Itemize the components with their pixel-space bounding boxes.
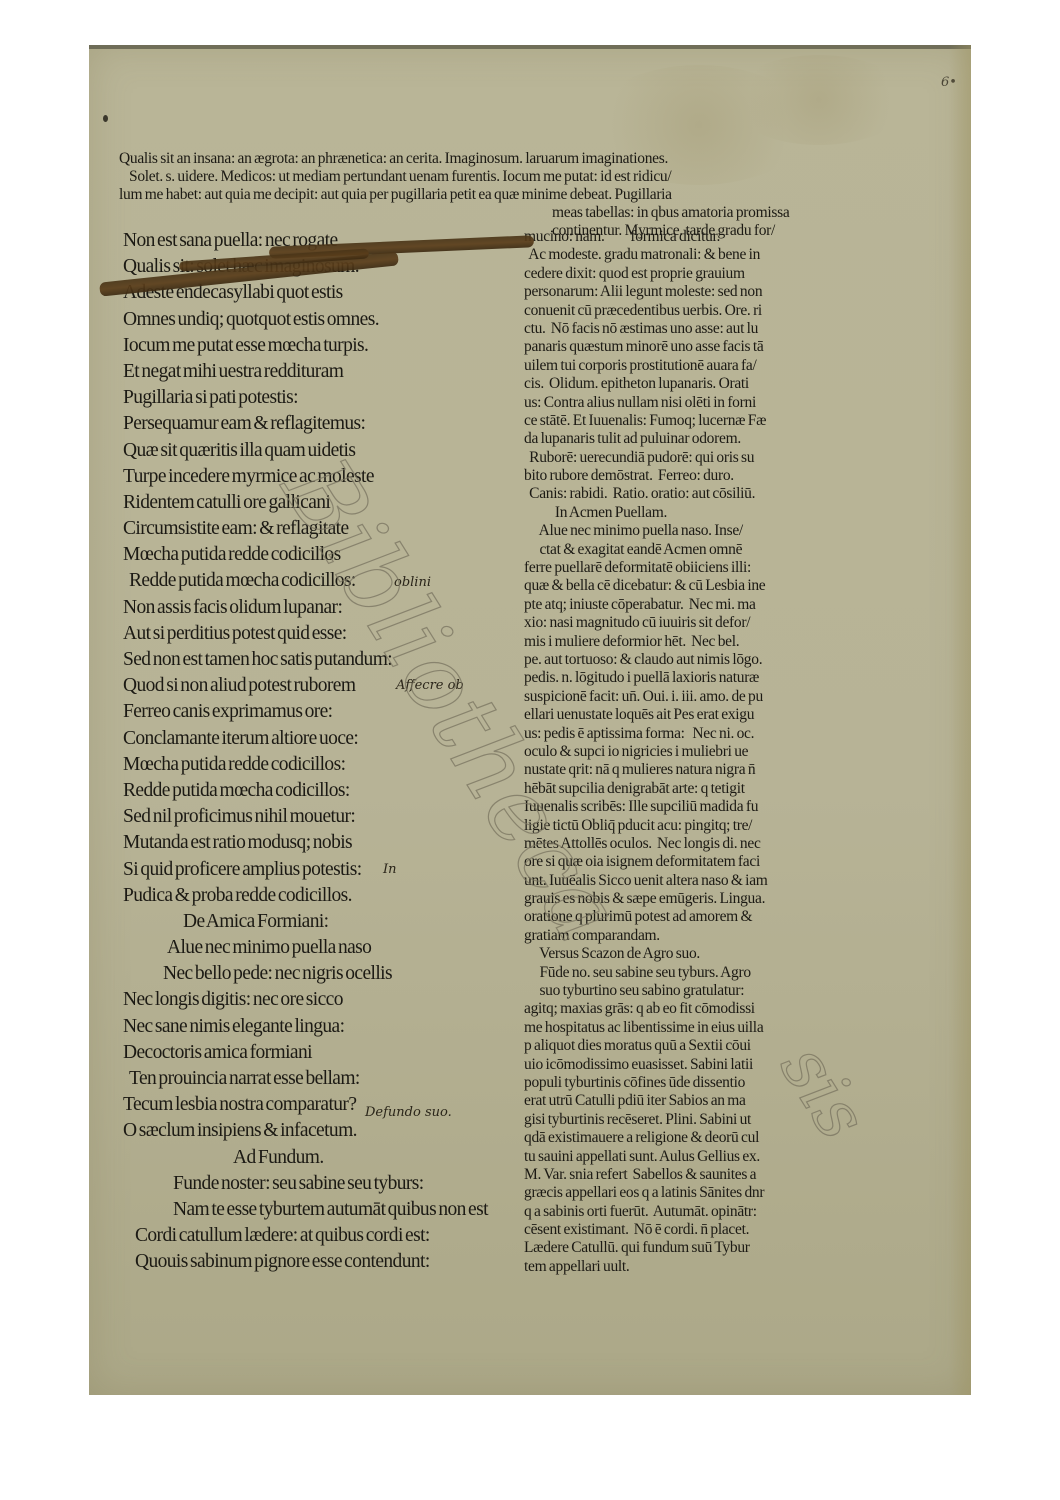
commentary-line: mucino: nam. formica dicitur. xyxy=(524,228,884,246)
commentary-line: pte atq; iniuste cōperabatur. Nec mi. ma xyxy=(524,596,884,614)
verse-line: Pudica & proba redde codicillos. xyxy=(123,883,503,909)
commentary-line: mis i muliere deformior hēt. Nec bel. xyxy=(524,633,884,651)
commentary-line: uilem tui corporis prostitutionē auara f… xyxy=(524,357,884,375)
verse-line: Pugillaria si pati potestis: xyxy=(123,385,503,411)
verse-line: Omnes undiq; quotquot estis omnes. xyxy=(123,307,503,333)
commentary-line: Canis: rabidi. Ratio. oratio: aut cōsili… xyxy=(524,485,884,503)
commentary-line: ore si quæ oia isignem deformitatem faci xyxy=(524,853,884,871)
commentary-line: cēsent existimant. Nō ē cordi. n̄ placet… xyxy=(524,1221,884,1239)
commentary-line: gisi tyburtinis recēseret. Plini. Sabini… xyxy=(524,1111,884,1129)
verse-line: Aut si perditius potest quid esse: xyxy=(123,621,503,647)
commentary-line: ctat & exagitat eandē Acmen omnē xyxy=(524,541,884,559)
commentary-line: Ruborē: uerecundiā pudorē: qui oris su xyxy=(524,449,884,467)
verse-line: Mœcha putida redde codicillos xyxy=(123,542,503,568)
verse-line: Mœcha putida redde codicillos: xyxy=(123,752,503,778)
verse-line: Redde putida mœcha codicillos: xyxy=(123,778,503,804)
verse-line: Conclamante iterum altiore uoce: xyxy=(123,726,503,752)
commentary-line: cis. Olidum. epitheton lupanaris. Orati xyxy=(524,375,884,393)
commentary-line: us: pedis ē aptissima forma: Nec ni. oc. xyxy=(524,725,884,743)
commentary-line: tem appellari uult. xyxy=(524,1258,884,1276)
commentary-column: mucino: nam. formica dicitur. Ac modeste… xyxy=(524,228,884,1276)
verse-line: Turpe incedere myrmice ac moleste xyxy=(123,464,503,490)
verse-line: Nec sane nimis elegante lingua: xyxy=(123,1014,503,1040)
commentary-line: agitq; maxias grās: q ab eo fit cōmodiss… xyxy=(524,1000,884,1018)
ink-dot xyxy=(103,115,108,122)
verse-line: Nec bello pede: nec nigris ocellis xyxy=(123,961,503,987)
commentary-line: ellari uenustate loquēs ait Pes erat exi… xyxy=(524,706,884,724)
header-line: Qualis sit an insana: an ægrota: an phræ… xyxy=(119,150,859,168)
verse-line: Mutanda est ratio modusq; nobis xyxy=(123,830,503,856)
handwritten-marginalia: Affecre ob xyxy=(396,678,464,693)
header-commentary: Qualis sit an insana: an ægrota: an phræ… xyxy=(119,150,859,240)
verse-line: Si quid proficere amplius potestis: xyxy=(123,857,503,883)
verse-line: Ad Fundum. xyxy=(123,1145,503,1171)
header-line: lum me habet: aut quia me decipit: aut q… xyxy=(119,186,859,204)
verse-line: Persequamur eam & reflagitemus: xyxy=(123,411,503,437)
commentary-line: bito rubore demōstrat. Ferreo: duro. xyxy=(524,467,884,485)
commentary-line: gratiam comparandam. xyxy=(524,927,884,945)
commentary-line: ce stātē. Et Iuuenalis: Fumoq; lucernæ F… xyxy=(524,412,884,430)
commentary-line: unt. Iuuēalis Sicco uenit altera naso & … xyxy=(524,872,884,890)
commentary-line: xio: nasi magnitudo cū iuuiris sit defor… xyxy=(524,614,884,632)
commentary-line: Versus Scazon de Agro suo. xyxy=(524,945,884,963)
commentary-line: us: Contra alius nullam nisi olēti in fo… xyxy=(524,394,884,412)
verse-line: Iocum me putat esse mœcha turpis. xyxy=(123,333,503,359)
verse-line: Cordi catullum lædere: at quibus cordi e… xyxy=(123,1223,503,1249)
verse-line: Ridentem catulli ore gallicani xyxy=(123,490,503,516)
commentary-line: p aliquot dies moratus quū a Sextii cōui xyxy=(524,1037,884,1055)
commentary-line: me hospitatus ac libentissime in eius ui… xyxy=(524,1019,884,1037)
verse-line: De Amica Formiani: xyxy=(123,909,503,935)
commentary-line: ferre puellarē deformitatē obiiciens ill… xyxy=(524,559,884,577)
commentary-line: Iuuenalis scribēs: Ille supciliū madida … xyxy=(524,798,884,816)
commentary-line: tu sauini appellati sunt. Aulus Gellius … xyxy=(524,1148,884,1166)
commentary-line: q a sabinis orti fuerūt. Autumāt. opināt… xyxy=(524,1203,884,1221)
commentary-line: suo tyburtino seu sabino gratulatur: xyxy=(524,982,884,1000)
header-line: meas tabellas: in qbus amatoria promissa xyxy=(119,204,859,222)
commentary-line: græcis appellari eos q a latinis Sānites… xyxy=(524,1184,884,1202)
commentary-line: quæ & bella cē dicebatur: & cū Lesbia in… xyxy=(524,577,884,595)
verse-line: Ten prouincia narrat esse bellam: xyxy=(123,1066,503,1092)
commentary-line: uio icōmodissimo euasisset. Sabini latii xyxy=(524,1056,884,1074)
verse-line: O sæclum insipiens & infacetum. xyxy=(123,1118,503,1144)
verse-line: Quæ sit quæritis illa quam uidetis xyxy=(123,438,503,464)
verse-line: Alue nec minimo puella naso xyxy=(123,935,503,961)
verse-line: Funde noster: seu sabine seu tyburs: xyxy=(123,1171,503,1197)
water-stain xyxy=(729,55,909,145)
commentary-line: oculo & supci io nigricies i muliebri ue xyxy=(524,743,884,761)
handwritten-marginalia: Defundo suo. xyxy=(365,1105,452,1120)
verse-line: Et negat mihi uestra reddituram xyxy=(123,359,503,385)
verse-line: Quouis sabinum pignore esse contendunt: xyxy=(123,1249,503,1275)
commentary-line: ligie tictū Obliq̄ pducit acu: pingitq; … xyxy=(524,817,884,835)
commentary-line: cedere dixit: quod est proprie grauium xyxy=(524,265,884,283)
commentary-line: conuenit cū præcedentibus uerbis. Ore. r… xyxy=(524,302,884,320)
commentary-line: M. Var. snia refert Sabellos & saunites … xyxy=(524,1166,884,1184)
commentary-line: ctu. Nō facis nō æstimas uno asse: aut l… xyxy=(524,320,884,338)
handwritten-marginalia: In xyxy=(383,862,397,877)
verse-line: Decoctoris amica formiani xyxy=(123,1040,503,1066)
verse-line: Ferreo canis exprimamus ore: xyxy=(123,699,503,725)
commentary-line: pedis. n. lōgitudo i puellā laxioris nat… xyxy=(524,669,884,687)
verse-line: Sed non est tamen hoc satis putandum: xyxy=(123,647,503,673)
commentary-line: nustate qrit: nā q mulieres natura nigra… xyxy=(524,761,884,779)
verse-line: Nec longis digitis: nec ore sicco xyxy=(123,987,503,1013)
verse-line: Circumsistite eam: & reflagitate xyxy=(123,516,503,542)
commentary-line: populi tyburtinis cōfines ūde dissentio xyxy=(524,1074,884,1092)
commentary-line: suspicionē facit: un̄. Oui. i. iii. amo.… xyxy=(524,688,884,706)
folio-number: 6• xyxy=(941,75,957,90)
commentary-line: da lupanaris tulit ad puluinar odorem. xyxy=(524,430,884,448)
manuscript-page: 6• Qualis sit an insana: an ægrota: an p… xyxy=(89,45,971,1395)
header-line: Solet. s. uidere. Medicos: ut mediam per… xyxy=(119,168,859,186)
commentary-line: mētes Attollēs oculos. Nec longis di. ne… xyxy=(524,835,884,853)
verse-line: Sed nil proficimus nihil mouetur: xyxy=(123,804,503,830)
commentary-line: pe. aut tortuoso: & claudo aut nimis lōg… xyxy=(524,651,884,669)
commentary-line: Lædere Catullū. qui fundum suū Tybur xyxy=(524,1239,884,1257)
verse-line: Nam te esse tyburtem autumāt quibus non … xyxy=(123,1197,503,1223)
verse-line: Non assis facis olidum lupanar: xyxy=(123,595,503,621)
commentary-line: oratione q plurimū potest ad amorem & xyxy=(524,908,884,926)
handwritten-marginalia: oblini xyxy=(394,575,431,590)
commentary-line: personarum: Alii legunt moleste: sed non xyxy=(524,283,884,301)
commentary-line: erat utrū Catulli pdiū iter Sabios an ma xyxy=(524,1092,884,1110)
commentary-line: In Acmen Puellam. xyxy=(524,504,884,522)
commentary-line: grauis es nobis & sæpe emūgeris. Lingua. xyxy=(524,890,884,908)
commentary-line: Ac modeste. gradu matronali: & bene in xyxy=(524,246,884,264)
commentary-line: panaris quæstum minorē uno asse facis tā xyxy=(524,338,884,356)
verse-line: Redde putida mœcha codicillos: xyxy=(123,568,503,594)
commentary-line: Alue nec minimo puella naso. Inse/ xyxy=(524,522,884,540)
commentary-line: Fūde no. seu sabine seu tyburs. Agro xyxy=(524,964,884,982)
commentary-line: hēbāt supcilia denigrabāt arte: q tetigi… xyxy=(524,780,884,798)
commentary-line: qdā existimauere a religione & deorū cul xyxy=(524,1129,884,1147)
